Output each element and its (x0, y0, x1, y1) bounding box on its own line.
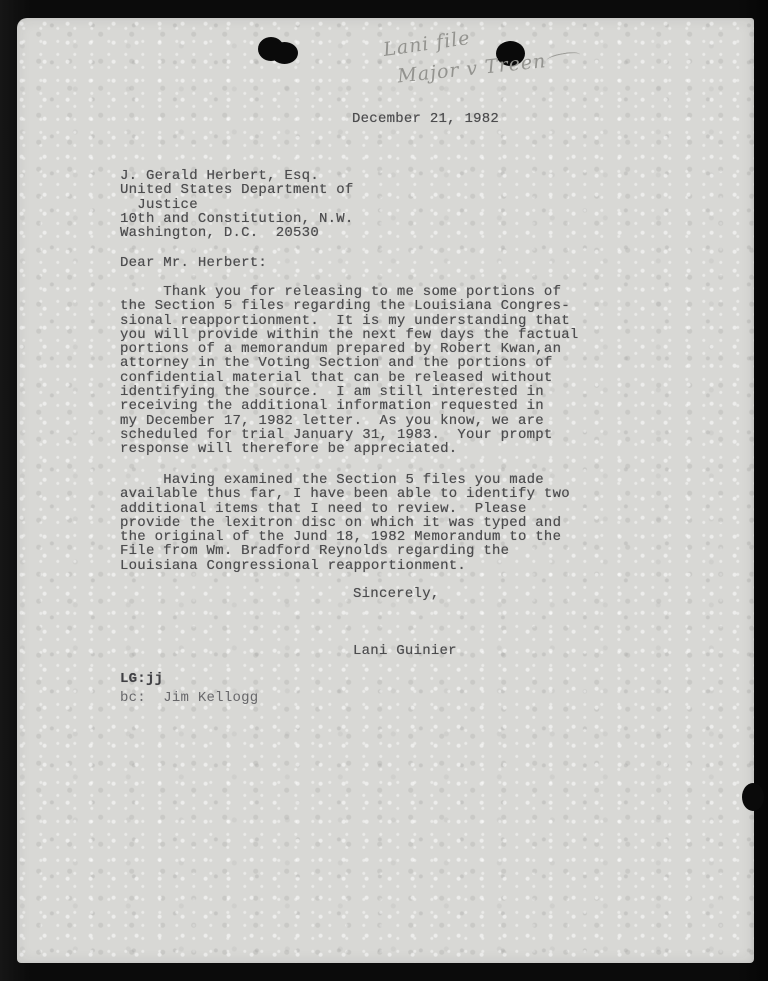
scanned-letter-screen: Lani file Major v Treen December 21, 198… (0, 0, 768, 981)
signature-name: Lani Guinier (353, 644, 457, 658)
salutation: Dear Mr. Herbert: (120, 256, 267, 270)
bc-line: bc: Jim Kellogg (120, 691, 258, 705)
body-paragraph-2: Having examined the Section 5 files you … (120, 473, 570, 573)
punch-hole-edge (742, 783, 764, 811)
reference-initials: LG:jj (120, 672, 163, 686)
recipient-address-block: J. Gerald Herbert, Esq. United States De… (120, 169, 354, 240)
handwriting-flourish (545, 50, 580, 65)
letter-date: December 21, 1982 (352, 112, 499, 126)
punch-hole-left-overlap (271, 42, 298, 64)
body-paragraph-1: Thank you for releasing to me some porti… (120, 285, 579, 457)
closing: Sincerely, (353, 587, 440, 601)
